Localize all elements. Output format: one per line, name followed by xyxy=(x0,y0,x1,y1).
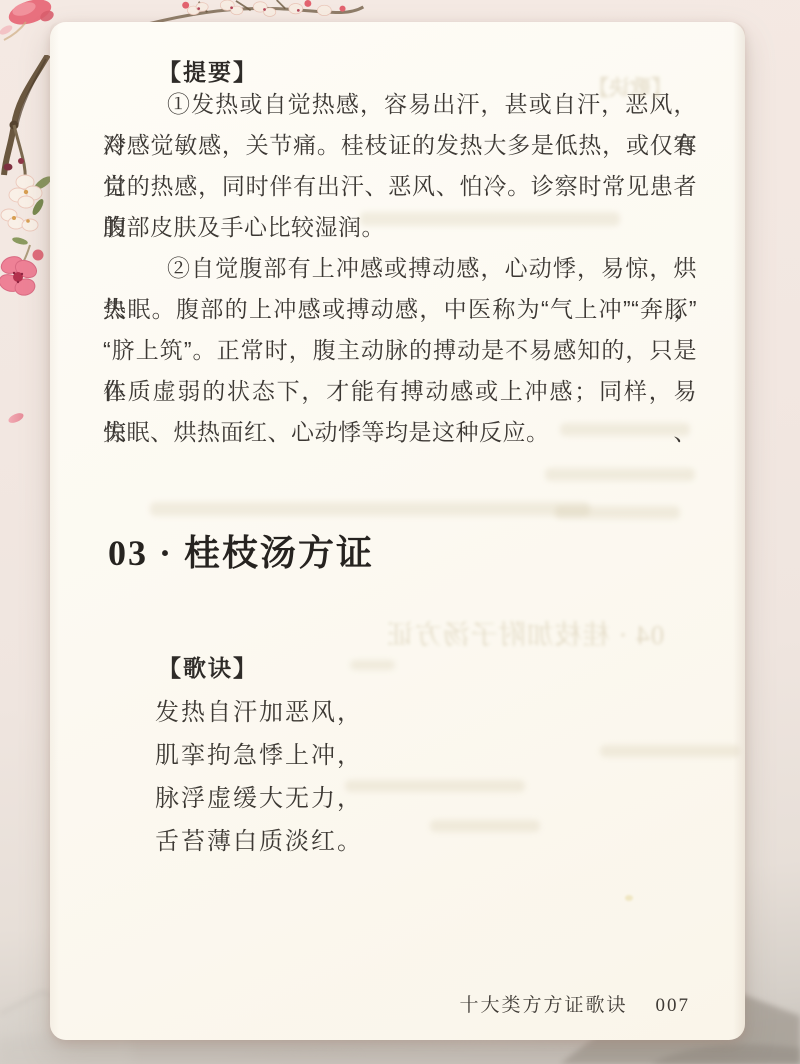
petal-decoration xyxy=(7,412,25,425)
bleedthrough-mark xyxy=(360,212,620,226)
page-footer: 十大类方方证歌诀 007 xyxy=(459,990,690,1017)
summary-para2-line: 体质虚弱的状态下，才能有搏动感或上冲感；同样，易惊、 xyxy=(103,371,697,412)
bleedthrough-section-title: 04 · 桂枝加附子汤方证 xyxy=(350,613,700,652)
summary-para2-line: “脐上筑”。正常时，腹主动脉的搏动是不易感知的，只是在 xyxy=(103,330,697,371)
bleedthrough-mark xyxy=(600,745,740,757)
verse-heading: 【歌诀】 xyxy=(158,650,258,683)
blossom-branch-left-decoration xyxy=(0,55,55,305)
summary-para2-line: 失眠。腹部的上冲感或搏动感，中医称为“气上冲”“奔豚” xyxy=(103,289,697,330)
summary-para1-line: 冷感觉敏感，关节痛。桂枝证的发热大多是低热，或仅有自 xyxy=(103,125,697,166)
verse-line: 舌苔薄白质淡红。 xyxy=(155,821,363,864)
footer-page-number: 007 xyxy=(656,995,691,1017)
bleedthrough-mark xyxy=(350,660,395,670)
summary-para2-line: ②自觉腹部有上冲感或搏动感，心动悸，易惊，烘热， xyxy=(103,248,697,289)
verse-line: 肌挛拘急悸上冲， xyxy=(155,735,363,778)
summary-heading: 【提要】 xyxy=(158,54,258,87)
verse-line: 发热自汗加恶风， xyxy=(155,692,363,735)
bleedthrough-mark xyxy=(345,780,525,792)
summary-paragraphs: ①发热或自觉热感，容易出汗，甚或自汗，恶风，对寒 冷感觉敏感，关节痛。桂枝证的发… xyxy=(103,84,697,453)
section-title: 03 · 桂枝汤方证 xyxy=(108,525,374,576)
bleedthrough-heading: 【歌诀】 xyxy=(550,72,710,102)
summary-para1-line: 觉的热感，同时伴有出汗、恶风、怕冷。诊察时常见患者的 xyxy=(103,166,697,207)
bleedthrough-mark xyxy=(430,820,540,832)
verse-line: 脉浮虚缓大无力， xyxy=(155,778,363,821)
verse-block: 发热自汗加恶风， 肌挛拘急悸上冲， 脉浮虚缓大无力， 舌苔薄白质淡红。 xyxy=(155,692,363,864)
book-page: 【提要】 ①发热或自觉热感，容易出汗，甚或自汗，恶风，对寒 冷感觉敏感，关节痛。… xyxy=(50,22,745,1040)
bleedthrough-mark xyxy=(560,423,690,436)
bleedthrough-mark xyxy=(150,502,590,516)
paper-stain xyxy=(625,895,633,901)
footer-book-title: 十大类方方证歌诀 xyxy=(459,990,627,1017)
bleedthrough-mark xyxy=(545,468,695,481)
